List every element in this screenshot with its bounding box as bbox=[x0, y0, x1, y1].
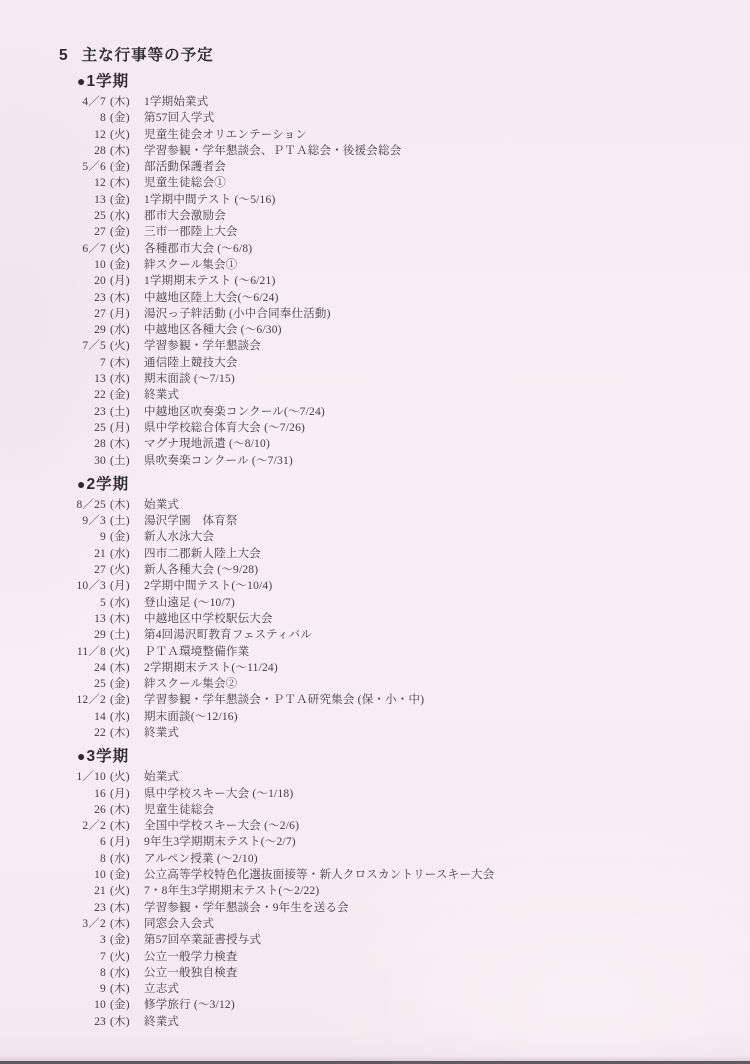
row-date: 10／3 bbox=[70, 578, 106, 594]
bullet-icon: ● bbox=[77, 71, 85, 92]
row-weekday: (金) bbox=[110, 192, 141, 208]
row-weekday: (月) bbox=[110, 786, 141, 802]
row-date: 27 bbox=[70, 306, 106, 322]
schedule-row: 16 (月) 県中学校スキー大会 (～1/18) bbox=[0, 786, 750, 802]
row-date: 23 bbox=[70, 290, 106, 306]
row-weekday: (木) bbox=[110, 818, 141, 834]
schedule-row: 26 (木) 児童生徒総会 bbox=[0, 802, 750, 818]
row-date: 8 bbox=[70, 965, 106, 981]
schedule-row: 22 (木) 終業式 bbox=[0, 725, 750, 741]
row-event: 絆スクール集会② bbox=[144, 676, 237, 692]
row-event: 各種郡市大会 (～6/8) bbox=[144, 241, 252, 257]
schedule-row: 25 (月) 県中学校総合体育大会 (～7/26) bbox=[0, 420, 750, 436]
row-weekday: (火) bbox=[110, 338, 141, 354]
row-event: 修学旅行 (～3/12) bbox=[144, 997, 235, 1013]
row-weekday: (月) bbox=[110, 834, 141, 850]
sections-root: ●1学期 4／7 (木) 1学期始業式 8 (金) 第57回入学式 12 (火)… bbox=[0, 71, 750, 1030]
row-event: 2学期中間テスト(～10/4) bbox=[144, 578, 272, 594]
row-weekday: (金) bbox=[110, 110, 141, 126]
schedule-row: 6／7 (火) 各種郡市大会 (～6/8) bbox=[0, 241, 750, 257]
row-event: 公立高等学校特色化選抜面接等・新人クロスカントリースキー大会 bbox=[144, 867, 494, 883]
bullet-icon: ● bbox=[77, 474, 85, 495]
row-weekday: (木) bbox=[110, 611, 141, 627]
row-event: 第4回湯沢町教育フェスティバル bbox=[144, 627, 312, 643]
section-rows: 8／25 (木) 始業式 9／3 (土) 湯沢学園 体育祭 9 (金) 新人水泳… bbox=[0, 497, 750, 741]
schedule-row: 7 (木) 通信陸上競技大会 bbox=[0, 355, 750, 371]
row-event: 児童生徒総会① bbox=[144, 175, 226, 191]
row-weekday: (火) bbox=[110, 644, 141, 660]
row-event: 終業式 bbox=[144, 387, 179, 403]
row-date: 6 bbox=[70, 834, 106, 850]
row-weekday: (木) bbox=[110, 436, 141, 452]
schedule-row: 7／5 (火) 学習参観・学年懇談会 bbox=[0, 338, 750, 354]
row-weekday: (木) bbox=[110, 143, 141, 159]
schedule-row: 10 (金) 絆スクール集会① bbox=[0, 257, 750, 273]
row-date: 25 bbox=[70, 676, 106, 692]
schedule-row: 5 (水) 登山遠足 (～10/7) bbox=[0, 595, 750, 611]
row-weekday: (金) bbox=[110, 257, 141, 273]
section-heading: ●3学期 bbox=[0, 746, 750, 767]
row-weekday: (月) bbox=[110, 306, 141, 322]
row-weekday: (金) bbox=[110, 932, 141, 948]
row-date: 29 bbox=[70, 322, 106, 338]
row-date: 28 bbox=[70, 436, 106, 452]
schedule-row: 27 (金) 三市一郡陸上大会 bbox=[0, 224, 750, 240]
row-date: 3 bbox=[70, 932, 106, 948]
row-weekday: (金) bbox=[110, 867, 141, 883]
row-date: 1／10 bbox=[70, 769, 106, 785]
schedule-row: 6 (月) 9年生3学期期末テスト(～2/7) bbox=[0, 834, 750, 850]
schedule-row: 12 (木) 児童生徒総会① bbox=[0, 175, 750, 191]
row-event: 期末面談 (～7/15) bbox=[144, 371, 235, 387]
row-weekday: (木) bbox=[110, 94, 141, 110]
row-event: 中越地区吹奏楽コンクール(～7/24) bbox=[144, 404, 325, 420]
row-weekday: (火) bbox=[110, 949, 141, 965]
schedule-row: 10 (金) 公立高等学校特色化選抜面接等・新人クロスカントリースキー大会 bbox=[0, 867, 750, 883]
schedule-row: 24 (木) 2学期期末テスト(～11/24) bbox=[0, 660, 750, 676]
row-date: 30 bbox=[70, 453, 106, 469]
row-event: 学習参観・学年懇談会 bbox=[144, 338, 261, 354]
row-event: 県中学校スキー大会 (～1/18) bbox=[144, 786, 293, 802]
row-date: 11／8 bbox=[70, 644, 106, 660]
section-heading: ●2学期 bbox=[0, 474, 750, 495]
row-event: 公立一般学力検査 bbox=[144, 949, 238, 965]
row-weekday: (金) bbox=[110, 997, 141, 1013]
row-event: 9年生3学期期末テスト(～2/7) bbox=[144, 834, 296, 850]
schedule-row: 23 (木) 学習参観・学年懇談会・9年生を送る会 bbox=[0, 900, 750, 916]
row-date: 23 bbox=[70, 1014, 106, 1030]
row-event: 新人水泳大会 bbox=[144, 529, 214, 545]
row-event: 登山遠足 (～10/7) bbox=[144, 595, 235, 611]
schedule-row: 9 (木) 立志式 bbox=[0, 981, 750, 997]
row-weekday: (土) bbox=[110, 513, 141, 529]
row-event: 終業式 bbox=[144, 1014, 179, 1030]
row-event: アルペン授業 (～2/10) bbox=[144, 851, 258, 867]
row-event: マグナ現地派遣 (～8/10) bbox=[144, 436, 270, 452]
row-weekday: (火) bbox=[110, 769, 141, 785]
row-date: 9／3 bbox=[70, 513, 106, 529]
row-date: 27 bbox=[70, 224, 106, 240]
row-date: 7 bbox=[70, 949, 106, 965]
row-weekday: (月) bbox=[110, 578, 141, 594]
row-event: 第57回入学式 bbox=[144, 110, 214, 126]
section-label: 3学期 bbox=[86, 748, 129, 765]
row-date: 23 bbox=[70, 900, 106, 916]
row-weekday: (土) bbox=[110, 627, 141, 643]
schedule-row: 10 (金) 修学旅行 (～3/12) bbox=[0, 997, 750, 1013]
row-event: 学習参観・学年懇談会・ＰＴＡ研究集会 (保・小・中) bbox=[144, 692, 424, 708]
row-event: 中越地区中学校駅伝大会 bbox=[144, 611, 273, 627]
row-weekday: (金) bbox=[110, 692, 141, 708]
row-event: 2学期期末テスト(～11/24) bbox=[144, 660, 278, 676]
row-date: 29 bbox=[70, 627, 106, 643]
row-date: 3／2 bbox=[70, 916, 106, 932]
row-event: 学習参観・学年懇談会、ＰＴＡ総会・後援会総会 bbox=[144, 143, 401, 159]
schedule-row: 10／3 (月) 2学期中間テスト(～10/4) bbox=[0, 578, 750, 594]
row-date: 7 bbox=[70, 355, 106, 371]
row-event: 児童生徒総会 bbox=[144, 802, 214, 818]
row-date: 4／7 bbox=[70, 94, 106, 110]
schedule-row: 13 (水) 期末面談 (～7/15) bbox=[0, 371, 750, 387]
row-date: 7／5 bbox=[70, 338, 106, 354]
row-date: 25 bbox=[70, 420, 106, 436]
row-event: 第57回卒業証書授与式 bbox=[144, 932, 261, 948]
row-date: 13 bbox=[70, 371, 106, 387]
row-event: 始業式 bbox=[144, 497, 179, 513]
row-weekday: (水) bbox=[110, 546, 141, 562]
row-date: 10 bbox=[70, 997, 106, 1013]
page-title-text: 主な行事等の予定 bbox=[82, 47, 214, 64]
row-weekday: (木) bbox=[110, 660, 141, 676]
row-event: 絆スクール集会① bbox=[144, 257, 237, 273]
row-weekday: (木) bbox=[110, 900, 141, 916]
row-date: 9 bbox=[70, 529, 106, 545]
row-event: 中越地区各種大会 (～6/30) bbox=[144, 322, 282, 338]
row-event: ＰＴＡ環境整備作業 bbox=[144, 644, 249, 660]
row-weekday: (金) bbox=[110, 224, 141, 240]
row-date: 12 bbox=[70, 175, 106, 191]
row-weekday: (火) bbox=[110, 883, 141, 899]
schedule-content: 5主な行事等の予定 ●1学期 4／7 (木) 1学期始業式 8 (金) 第57回… bbox=[0, 46, 750, 1030]
row-event: 三市一郡陸上大会 bbox=[144, 224, 238, 240]
schedule-row: 22 (金) 終業式 bbox=[0, 387, 750, 403]
row-date: 6／7 bbox=[70, 241, 106, 257]
row-weekday: (金) bbox=[110, 676, 141, 692]
schedule-row: 2／2 (木) 全国中学校スキー大会 (～2/6) bbox=[0, 818, 750, 834]
row-event: 新人各種大会 (～9/28) bbox=[144, 562, 258, 578]
row-event: 児童生徒会オリエンテーション bbox=[144, 127, 307, 143]
section-heading: ●1学期 bbox=[0, 71, 750, 92]
schedule-row: 27 (火) 新人各種大会 (～9/28) bbox=[0, 562, 750, 578]
row-weekday: (月) bbox=[110, 420, 141, 436]
schedule-row: 23 (木) 終業式 bbox=[0, 1014, 750, 1030]
row-date: 21 bbox=[70, 883, 106, 899]
row-date: 12 bbox=[70, 127, 106, 143]
row-weekday: (木) bbox=[110, 290, 141, 306]
row-date: 10 bbox=[70, 257, 106, 273]
row-date: 9 bbox=[70, 981, 106, 997]
schedule-row: 30 (土) 県吹奏楽コンクール (～7/31) bbox=[0, 453, 750, 469]
row-event: 立志式 bbox=[144, 981, 179, 997]
row-weekday: (水) bbox=[110, 322, 141, 338]
bullet-icon: ● bbox=[77, 746, 85, 767]
row-event: 部活動保護者会 bbox=[144, 159, 226, 175]
row-weekday: (木) bbox=[110, 355, 141, 371]
schedule-row: 28 (木) マグナ現地派遣 (～8/10) bbox=[0, 436, 750, 452]
schedule-row: 29 (水) 中越地区各種大会 (～6/30) bbox=[0, 322, 750, 338]
schedule-row: 29 (土) 第4回湯沢町教育フェスティバル bbox=[0, 627, 750, 643]
row-event: 1学期中間テスト (～5/16) bbox=[144, 192, 275, 208]
row-weekday: (水) bbox=[110, 709, 141, 725]
schedule-row: 8 (金) 第57回入学式 bbox=[0, 110, 750, 126]
schedule-row: 11／8 (火) ＰＴＡ環境整備作業 bbox=[0, 644, 750, 660]
schedule-row: 7 (火) 公立一般学力検査 bbox=[0, 949, 750, 965]
row-event: 全国中学校スキー大会 (～2/6) bbox=[144, 818, 299, 834]
row-weekday: (火) bbox=[110, 241, 141, 257]
row-weekday: (水) bbox=[110, 965, 141, 981]
row-weekday: (土) bbox=[110, 453, 141, 469]
row-event: 四市二郡新人陸上大会 bbox=[144, 546, 261, 562]
schedule-row: 9／3 (土) 湯沢学園 体育祭 bbox=[0, 513, 750, 529]
schedule-row: 9 (金) 新人水泳大会 bbox=[0, 529, 750, 545]
row-event: 同窓会入会式 bbox=[144, 916, 214, 932]
row-date: 25 bbox=[70, 208, 106, 224]
schedule-row: 8／25 (木) 始業式 bbox=[0, 497, 750, 513]
schedule-row: 14 (水) 期末面談(～12/16) bbox=[0, 709, 750, 725]
row-weekday: (木) bbox=[110, 981, 141, 997]
row-weekday: (木) bbox=[110, 175, 141, 191]
row-date: 8／25 bbox=[70, 497, 106, 513]
section-rows: 1／10 (火) 始業式 16 (月) 県中学校スキー大会 (～1/18) 26… bbox=[0, 769, 750, 1030]
schedule-row: 21 (水) 四市二郡新人陸上大会 bbox=[0, 546, 750, 562]
row-date: 2／2 bbox=[70, 818, 106, 834]
row-weekday: (月) bbox=[110, 273, 141, 289]
row-date: 16 bbox=[70, 786, 106, 802]
row-date: 22 bbox=[70, 725, 106, 741]
row-event: 終業式 bbox=[144, 725, 179, 741]
schedule-row: 20 (月) 1学期期末テスト (～6/21) bbox=[0, 273, 750, 289]
row-date: 8 bbox=[70, 110, 106, 126]
schedule-row: 21 (火) 7・8年生3学期期末テスト(～2/22) bbox=[0, 883, 750, 899]
row-date: 26 bbox=[70, 802, 106, 818]
row-event: 1学期期末テスト (～6/21) bbox=[144, 273, 275, 289]
schedule-row: 28 (木) 学習参観・学年懇談会、ＰＴＡ総会・後援会総会 bbox=[0, 143, 750, 159]
schedule-row: 25 (金) 絆スクール集会② bbox=[0, 676, 750, 692]
row-date: 5／6 bbox=[70, 159, 106, 175]
schedule-row: 23 (土) 中越地区吹奏楽コンクール(～7/24) bbox=[0, 404, 750, 420]
schedule-section: ●3学期 1／10 (火) 始業式 16 (月) 県中学校スキー大会 (～1/1… bbox=[0, 746, 750, 1030]
schedule-row: 12／2 (金) 学習参観・学年懇談会・ＰＴＡ研究集会 (保・小・中) bbox=[0, 692, 750, 708]
schedule-row: 4／7 (木) 1学期始業式 bbox=[0, 94, 750, 110]
section-label: 1学期 bbox=[86, 73, 129, 90]
row-event: 7・8年生3学期期末テスト(～2/22) bbox=[144, 883, 319, 899]
document-page: 5主な行事等の予定 ●1学期 4／7 (木) 1学期始業式 8 (金) 第57回… bbox=[0, 0, 750, 1064]
schedule-section: ●1学期 4／7 (木) 1学期始業式 8 (金) 第57回入学式 12 (火)… bbox=[0, 71, 750, 469]
section-label: 2学期 bbox=[86, 476, 129, 493]
row-weekday: (水) bbox=[110, 851, 141, 867]
row-event: 公立一般独自検査 bbox=[144, 965, 238, 981]
row-date: 12／2 bbox=[70, 692, 106, 708]
row-event: 県中学校総合体育大会 (～7/26) bbox=[144, 420, 305, 436]
row-weekday: (木) bbox=[110, 497, 141, 513]
row-event: 県吹奏楽コンクール (～7/31) bbox=[144, 453, 293, 469]
row-weekday: (金) bbox=[110, 529, 141, 545]
schedule-row: 1／10 (火) 始業式 bbox=[0, 769, 750, 785]
row-weekday: (水) bbox=[110, 371, 141, 387]
row-weekday: (火) bbox=[110, 127, 141, 143]
row-event: 通信陸上競技大会 bbox=[144, 355, 238, 371]
row-date: 28 bbox=[70, 143, 106, 159]
row-event: 郡市大会激励会 bbox=[144, 208, 226, 224]
row-weekday: (木) bbox=[110, 1014, 141, 1030]
row-date: 13 bbox=[70, 611, 106, 627]
row-date: 5 bbox=[70, 595, 106, 611]
schedule-row: 13 (木) 中越地区中学校駅伝大会 bbox=[0, 611, 750, 627]
schedule-row: 25 (水) 郡市大会激励会 bbox=[0, 208, 750, 224]
schedule-row: 13 (金) 1学期中間テスト (～5/16) bbox=[0, 192, 750, 208]
row-weekday: (木) bbox=[110, 916, 141, 932]
row-weekday: (水) bbox=[110, 208, 141, 224]
schedule-row: 3 (金) 第57回卒業証書授与式 bbox=[0, 932, 750, 948]
row-weekday: (木) bbox=[110, 802, 141, 818]
row-date: 13 bbox=[70, 192, 106, 208]
row-weekday: (金) bbox=[110, 159, 141, 175]
row-date: 22 bbox=[70, 387, 106, 403]
row-event: 中越地区陸上大会(～6/24) bbox=[144, 290, 279, 306]
schedule-row: 12 (火) 児童生徒会オリエンテーション bbox=[0, 127, 750, 143]
schedule-row: 8 (水) アルペン授業 (～2/10) bbox=[0, 851, 750, 867]
row-event: 期末面談(～12/16) bbox=[144, 709, 238, 725]
row-date: 23 bbox=[70, 404, 106, 420]
row-date: 8 bbox=[70, 851, 106, 867]
page-title-number: 5 bbox=[59, 46, 68, 66]
schedule-row: 5／6 (金) 部活動保護者会 bbox=[0, 159, 750, 175]
schedule-section: ●2学期 8／25 (木) 始業式 9／3 (土) 湯沢学園 体育祭 9 (金)… bbox=[0, 474, 750, 741]
row-event: 始業式 bbox=[144, 769, 179, 785]
row-date: 20 bbox=[70, 273, 106, 289]
section-rows: 4／7 (木) 1学期始業式 8 (金) 第57回入学式 12 (火) 児童生徒… bbox=[0, 94, 750, 469]
row-weekday: (木) bbox=[110, 725, 141, 741]
row-date: 24 bbox=[70, 660, 106, 676]
schedule-row: 8 (水) 公立一般独自検査 bbox=[0, 965, 750, 981]
row-event: 1学期始業式 bbox=[144, 94, 208, 110]
row-event: 学習参観・学年懇談会・9年生を送る会 bbox=[144, 900, 349, 916]
schedule-row: 27 (月) 湯沢っ子絆活動 (小中合同奉仕活動) bbox=[0, 306, 750, 322]
row-weekday: (水) bbox=[110, 595, 141, 611]
page-title: 5主な行事等の予定 bbox=[0, 46, 750, 66]
row-event: 湯沢っ子絆活動 (小中合同奉仕活動) bbox=[144, 306, 331, 322]
row-date: 10 bbox=[70, 867, 106, 883]
row-weekday: (金) bbox=[110, 387, 141, 403]
schedule-row: 3／2 (木) 同窓会入会式 bbox=[0, 916, 750, 932]
schedule-row: 23 (木) 中越地区陸上大会(～6/24) bbox=[0, 290, 750, 306]
row-date: 27 bbox=[70, 562, 106, 578]
row-weekday: (火) bbox=[110, 562, 141, 578]
row-date: 14 bbox=[70, 709, 106, 725]
row-date: 21 bbox=[70, 546, 106, 562]
row-weekday: (土) bbox=[110, 404, 141, 420]
row-event: 湯沢学園 体育祭 bbox=[144, 513, 238, 529]
